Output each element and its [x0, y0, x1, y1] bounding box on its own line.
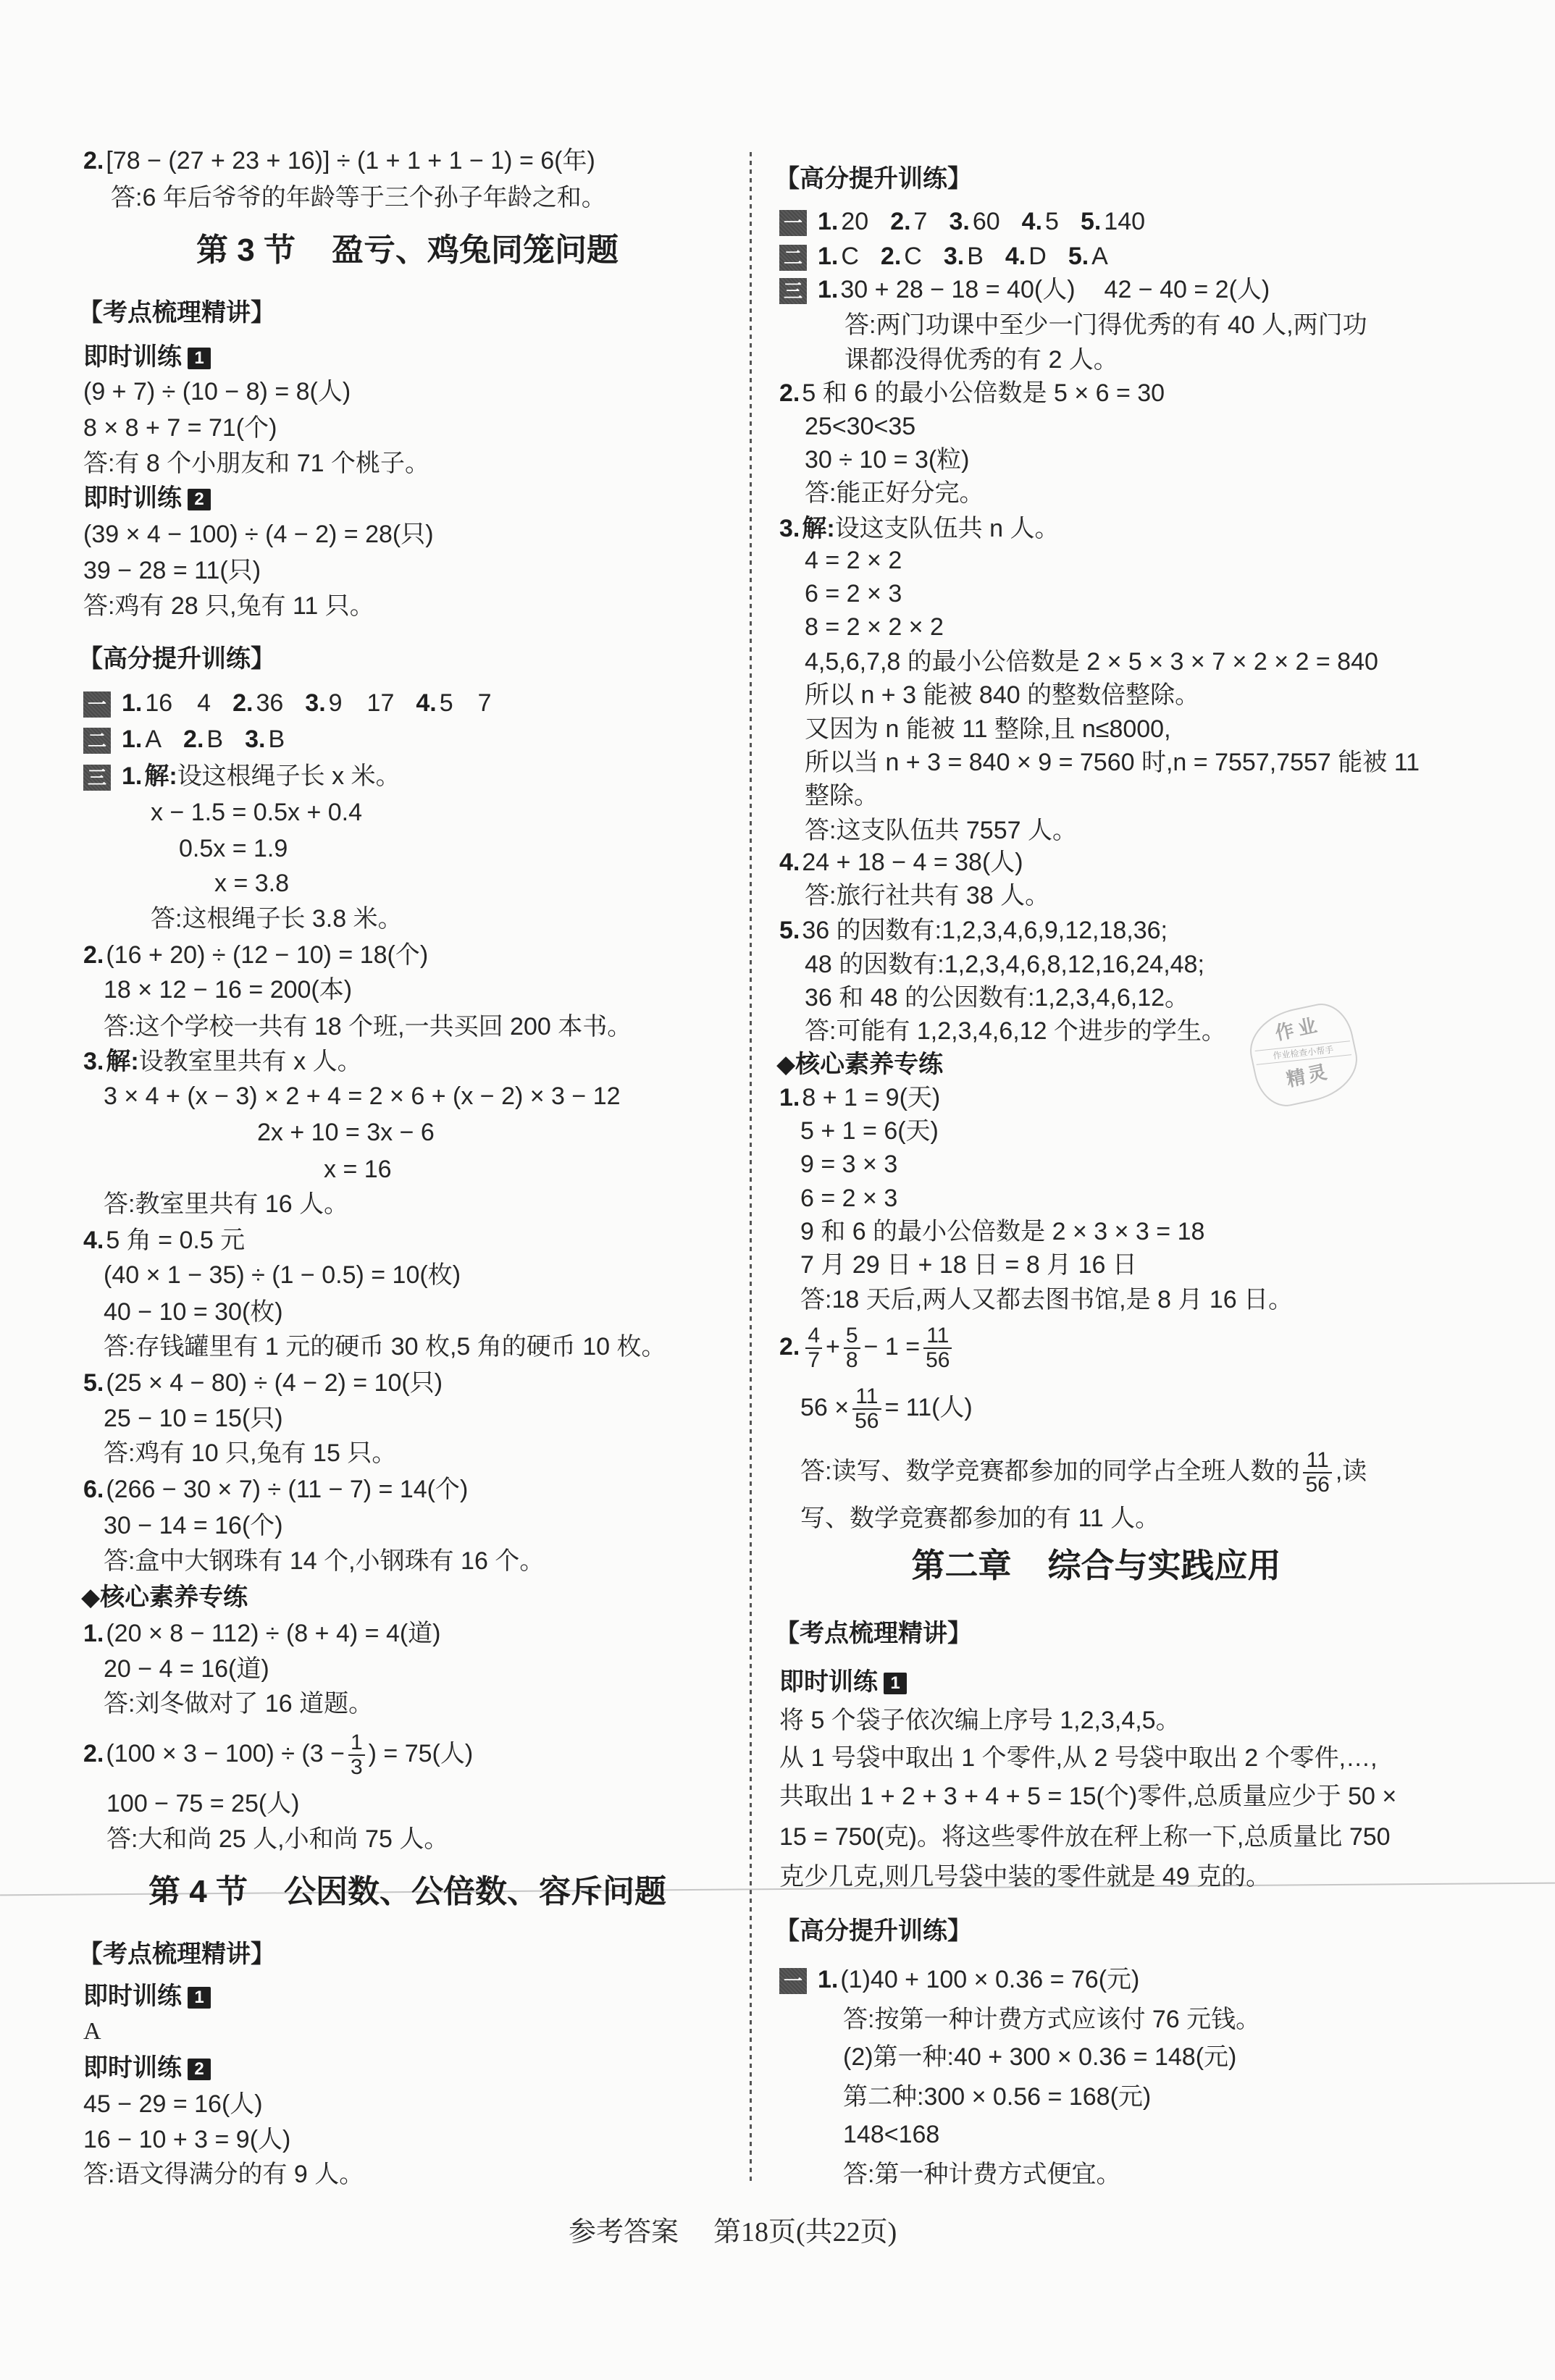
answer-value: C: [904, 243, 922, 270]
answer-line: 答:两门功课中至少一门得优秀的有 40 人,两门功: [844, 311, 1367, 340]
problem-line: 三1.解:设这根绳子长 x 米。: [83, 762, 401, 791]
answer-value: 36: [256, 689, 283, 717]
short-answer: 1.C: [818, 243, 859, 270]
fraction: 13: [348, 1731, 365, 1779]
section-heading-gaofen: 【高分提升训练】: [775, 164, 972, 193]
answer-number: 4.: [1005, 243, 1026, 270]
page-footer: 参考答案第18页(共22页): [569, 2216, 897, 2249]
answer-line: 答:这根绳子长 3.8 米。: [151, 904, 403, 933]
part-badge: 一: [779, 1968, 807, 1994]
short-answer: 2.C: [881, 243, 922, 270]
equation-post: = 11(人): [885, 1394, 973, 1421]
short-answer: 2.7: [890, 208, 927, 235]
drill-number-box: 2: [188, 489, 211, 510]
short-answer: 3.B: [944, 243, 984, 270]
equation-line: 4 = 2 × 2: [805, 546, 902, 575]
equation: 5 角 = 0.5 元: [106, 1227, 245, 1254]
problem-number: 4.: [779, 849, 800, 876]
text-line: 将 5 个袋子依次编上序号 1,2,3,4,5。: [779, 1706, 1181, 1735]
short-answer: 2.36: [232, 689, 283, 717]
answer-number: 5.: [1081, 208, 1101, 235]
problem-number: 1.: [83, 1620, 104, 1647]
answer-line: 答:有 8 个小朋友和 71 个桃子。: [83, 449, 429, 478]
answer-number: 2.: [881, 243, 901, 270]
equation: (25 × 4 − 80) ÷ (4 − 2) = 10(只): [106, 1369, 443, 1397]
problem-number: 1.: [818, 1966, 838, 1993]
problem-number: 2.: [779, 1333, 800, 1361]
equation-line: 48 的因数有:1,2,3,4,6,8,12,16,24,48;: [805, 950, 1204, 979]
answer-number: 2.: [232, 689, 253, 717]
problem-line: 一1.(1)40 + 100 × 0.36 = 76(元): [779, 1965, 1139, 1994]
equation: 8 + 1 = 9(天): [802, 1084, 940, 1111]
fraction: 47: [805, 1324, 822, 1372]
equation: 36 的因数有:1,2,3,4,6,9,12,18,36;: [802, 917, 1168, 944]
drill-label: 即时训练2: [83, 2053, 211, 2082]
answer-value: A: [1091, 243, 1108, 270]
answer-line: A: [83, 2017, 101, 2046]
answer-line: 答:刘冬做对了 16 道题。: [104, 1689, 373, 1718]
footer-label: 参考答案: [569, 2217, 679, 2247]
answer-line: 答:大和尚 25 人,小和尚 75 人。: [106, 1825, 448, 1854]
drill-label-text: 即时训练: [83, 343, 182, 371]
equation-line: 30 − 14 = 16(个): [104, 1511, 283, 1540]
equation-line: 8 = 2 × 2 × 2: [805, 613, 944, 642]
drill-label: 即时训练1: [83, 1982, 211, 2011]
equation-line: 4,5,6,7,8 的最小公倍数是 2 × 5 × 3 × 7 × 2 × 2 …: [805, 647, 1378, 676]
answer-line: 答:18 天后,两人又都去图书馆,是 8 月 16 日。: [800, 1285, 1293, 1314]
answer-line: 答:能正好分完。: [805, 479, 984, 508]
problem-number: 6.: [83, 1476, 104, 1503]
equation-line: 45 − 29 = 16(人): [83, 2090, 263, 2119]
part-badge: 二: [83, 728, 111, 754]
answer-line: 答:盒中大钢珠有 14 个,小钢珠有 16 个。: [104, 1547, 544, 1576]
answer-row-part2: 二1.C2.C3.B4.D5.A: [779, 242, 1130, 271]
problem-number: 4.: [83, 1227, 104, 1254]
answer-number: 4.: [416, 689, 436, 717]
equation-line: 148<168: [843, 2120, 939, 2149]
answer-line: 写、数学竞赛都参加的有 11 人。: [800, 1504, 1160, 1533]
drill-label-text: 即时训练: [83, 1982, 182, 2010]
answer-line: 答:鸡有 28 只,兔有 11 只。: [83, 592, 374, 621]
answer-row-part1: 一1.16 42.363.9 174.5 7: [83, 689, 514, 718]
equation-line: (39 × 4 − 100) ÷ (4 − 2) = 28(只): [83, 520, 434, 549]
section-heading-hexin: ◆核心素养专练: [81, 1583, 248, 1612]
fraction: 1156: [852, 1385, 881, 1433]
answer-line: 答:旅行社共有 38 人。: [805, 881, 1049, 910]
answer-row-part1: 一1.202.73.604.55.140: [779, 207, 1167, 236]
equation-line: 56 ×1156= 11(人): [800, 1393, 973, 1422]
part-badge: 三: [779, 278, 807, 304]
drill-number-box: 1: [884, 1673, 907, 1694]
answer-value: D: [1028, 243, 1047, 270]
drill-label-text: 即时训练: [83, 2054, 182, 2082]
problem-number: 3.: [779, 515, 800, 542]
answer-number: 2.: [183, 726, 204, 753]
watermark-stamp: 作业 作业检查小帮手 精灵: [1243, 998, 1365, 1111]
answer-line: 答:鸡有 10 只,兔有 15 只。: [104, 1439, 396, 1468]
section-heading-hexin: ◆核心素养专练: [776, 1050, 943, 1079]
equation-line: 5 + 1 = 6(天): [800, 1117, 939, 1145]
fraction-numerator: 11: [1303, 1449, 1331, 1473]
solution-setup: 设这支队伍共 n 人。: [835, 515, 1060, 542]
short-answer: 3.B: [245, 726, 285, 753]
equation-line: 第二种:300 × 0.56 = 168(元): [843, 2082, 1151, 2111]
problem-line: 6.(266 − 30 × 7) ÷ (11 − 7) = 14(个): [83, 1475, 468, 1504]
part-badge: 一: [779, 210, 807, 236]
equation-line: 2x + 10 = 3x − 6: [257, 1118, 435, 1147]
solution-label: 解:: [106, 1048, 138, 1075]
equation-line: 25 − 10 = 15(只): [104, 1404, 283, 1433]
section-name: 盈亏、鸡兔同笼问题: [332, 232, 619, 268]
problem-line: 1.(20 × 8 − 112) ÷ (8 + 4) = 4(道): [83, 1619, 441, 1648]
short-answer: 4.5 7: [416, 689, 491, 717]
answer-value: 20: [841, 208, 868, 235]
fraction-denominator: 56: [923, 1349, 952, 1372]
short-answer: 2.B: [183, 726, 223, 753]
part-badge: 二: [779, 245, 807, 271]
equation: (1)40 + 100 × 0.36 = 76(元): [840, 1966, 1139, 1993]
equation-line: x = 16: [324, 1155, 392, 1184]
fraction-numerator: 11: [923, 1324, 952, 1349]
problem-number: 1.: [779, 1084, 800, 1111]
column-divider: [750, 152, 752, 2185]
answer-line: 答:这个学校一共有 18 个班,一共买回 200 本书。: [104, 1012, 632, 1041]
answer-line: 答:第一种计费方式便宜。: [843, 2160, 1120, 2189]
answer-post: ,读: [1336, 1458, 1367, 1485]
answer-value: A: [145, 726, 162, 753]
answer-line: 答:存钱罐里有 1 元的硬币 30 枚,5 角的硬币 10 枚。: [104, 1332, 666, 1361]
answer-value: 9 17: [329, 689, 395, 717]
answer-value: B: [206, 726, 223, 753]
fraction-denominator: 3: [348, 1756, 365, 1779]
equation-line: 所以当 n + 3 = 840 × 9 = 7560 时,n = 7557,75…: [805, 748, 1420, 777]
equation-line: 20 − 4 = 16(道): [104, 1654, 269, 1683]
equation-line: 3 × 4 + (x − 3) × 2 + 4 = 2 × 6 + (x − 2…: [104, 1082, 621, 1111]
answer-value: 7: [914, 208, 928, 235]
problem-line: 4.5 角 = 0.5 元: [83, 1226, 245, 1255]
equation-line: 9 和 6 的最小公倍数是 2 × 3 × 3 = 18: [800, 1217, 1204, 1246]
part-badge: 三: [83, 765, 111, 791]
fraction-numerator: 11: [852, 1385, 881, 1410]
equation: (20 × 8 − 112) ÷ (8 + 4) = 4(道): [106, 1620, 440, 1647]
operator: − 1 =: [864, 1333, 921, 1361]
equation-pre: (100 × 3 − 100) ÷ (3 −: [106, 1740, 345, 1767]
problem-line: 4.24 + 18 − 4 = 38(人): [779, 848, 1023, 877]
equation-line: 16 − 10 + 3 = 9(人): [83, 2125, 290, 2154]
answer-number: 4.: [1022, 208, 1042, 235]
problem-number: 1.: [122, 762, 142, 790]
equation-line: 18 × 12 − 16 = 200(本): [104, 975, 352, 1004]
answer-value: 5: [1045, 208, 1059, 235]
equation-line: (9 + 7) ÷ (10 − 8) = 8(人): [83, 377, 351, 406]
short-answer: 3.9 17: [305, 689, 394, 717]
text-line: 15 = 750(克)。将这些零件放在秤上称一下,总质量比 750: [779, 1822, 1391, 1851]
problem-line: 2.(100 × 3 − 100) ÷ (3 −13) = 75(人): [83, 1739, 473, 1768]
answer-row-part2: 二1.A2.B3.B: [83, 725, 306, 754]
answer-number: 3.: [305, 689, 325, 717]
answer-value: B: [967, 243, 984, 270]
equation: 42 − 40 = 2(人): [1105, 276, 1270, 303]
equation: (266 − 30 × 7) ÷ (11 − 7) = 14(个): [106, 1476, 468, 1503]
equation-pre: 56 ×: [800, 1394, 849, 1421]
drill-label-text: 即时训练: [779, 1668, 878, 1696]
answer-value: 60: [973, 208, 1000, 235]
short-answer: 1.A: [122, 726, 162, 753]
equation: (16 + 20) ÷ (12 − 10) = 18(个): [106, 941, 428, 969]
fraction: 1156: [923, 1324, 952, 1372]
drill-label-text: 即时训练: [83, 484, 182, 512]
answer-line: 答:教室里共有 16 人。: [104, 1190, 348, 1219]
problem-line: 5.(25 × 4 − 80) ÷ (4 − 2) = 10(只): [83, 1368, 443, 1397]
text-line: 共取出 1 + 2 + 3 + 4 + 5 = 15(个)零件,总质量应少于 5…: [779, 1782, 1396, 1811]
section-name: 公因数、公倍数、容斥问题: [284, 1874, 666, 1909]
answer-number: 3.: [949, 208, 969, 235]
problem-number: 2.: [83, 1740, 104, 1767]
problem-number: 1.: [818, 276, 838, 303]
operator: +: [826, 1333, 840, 1361]
problem-line: 3.解:设教室里共有 x 人。: [83, 1047, 362, 1076]
section-heading-kaodian: 【考点梳理精讲】: [78, 1940, 275, 1969]
equation-line: 7 月 29 日 + 18 日 = 8 月 16 日: [800, 1250, 1137, 1279]
short-answer: 5.A: [1068, 243, 1108, 270]
equation-line: 25<30<35: [805, 412, 915, 441]
solution-label: 解:: [144, 762, 177, 790]
equation-line: 0.5x = 1.9: [179, 834, 288, 863]
equation-line: 6 = 2 × 3: [800, 1184, 897, 1213]
section-number: 第 3 节: [196, 232, 296, 268]
section-heading-kaodian: 【考点梳理精讲】: [775, 1619, 972, 1648]
short-answer: 3.60: [949, 208, 999, 235]
equation-line: 30 ÷ 10 = 3(粒): [805, 445, 970, 474]
short-answer: 1.20: [818, 208, 868, 235]
answer-number: 2.: [890, 208, 910, 235]
equation-line: 整除。: [805, 781, 879, 810]
answer-key-page: 2.[78 − (27 + 23 + 16)] ÷ (1 + 1 + 1 − 1…: [0, 0, 1555, 2380]
text-line: 从 1 号袋中取出 1 个零件,从 2 号袋中取出 2 个零件,…,: [779, 1744, 1378, 1773]
answer-value: 140: [1104, 208, 1145, 235]
problem-number: 3.: [83, 1048, 104, 1075]
fraction: 58: [844, 1324, 860, 1372]
answer-value: 5 7: [440, 689, 492, 717]
chapter-title: 第二章综合与实践应用: [772, 1545, 1420, 1586]
answer-value: C: [841, 243, 859, 270]
equation-line: 39 − 28 = 11(只): [83, 556, 261, 585]
section-title: 第 4 节公因数、公倍数、容斥问题: [83, 1872, 732, 1912]
equation-line: 又因为 n 能被 11 整除,且 n≤8000,: [805, 715, 1171, 744]
short-answer: 5.140: [1081, 208, 1145, 235]
solution-setup: 设这根绳子长 x 米。: [177, 762, 401, 790]
problem-line: 2.(16 + 20) ÷ (12 − 10) = 18(个): [83, 941, 428, 970]
answer-number: 1.: [122, 726, 142, 753]
problem-number: 5.: [779, 917, 800, 944]
fraction-denominator: 56: [1303, 1473, 1331, 1497]
problem-line: 2.47+58− 1 =1156: [779, 1332, 955, 1361]
problem-number: 2.: [779, 379, 800, 407]
drill-label: 即时训练1: [779, 1668, 907, 1696]
short-answer: 4.5: [1022, 208, 1059, 235]
problem-number: 2.: [83, 147, 104, 174]
equation-line: 100 − 75 = 25(人): [106, 1789, 300, 1818]
equation-line: 40 − 10 = 30(枚): [104, 1298, 283, 1326]
drill-label: 即时训练2: [83, 484, 211, 513]
equation-line: x − 1.5 = 0.5x + 0.4: [151, 798, 362, 827]
drill-number-box: 2: [188, 2059, 211, 2080]
problem-line: 三1.30 + 28 − 18 = 40(人)42 − 40 = 2(人): [779, 275, 1270, 304]
answer-pre: 答:读写、数学竞赛都参加的同学占全班人数的: [800, 1458, 1299, 1485]
answer-number: 1.: [122, 689, 142, 717]
page-number: 第18页(共22页): [713, 2217, 897, 2247]
section-heading-gaofen: 【高分提升训练】: [78, 644, 275, 673]
problem-number: 2.: [83, 941, 104, 969]
problem-line: 3.解:设这支队伍共 n 人。: [779, 514, 1060, 543]
equation-line: 所以 n + 3 能被 840 的整数倍整除。: [805, 681, 1199, 710]
problem-line: 2.5 和 6 的最小公倍数是 5 × 6 = 30: [779, 379, 1165, 408]
answer-value: B: [268, 726, 285, 753]
solution-label: 解:: [802, 515, 834, 542]
equation-line: 9 = 3 × 3: [800, 1150, 897, 1179]
equation: 24 + 18 − 4 = 38(人): [802, 849, 1023, 876]
fraction-numerator: 5: [844, 1324, 860, 1349]
drill-number-box: 1: [188, 348, 211, 369]
problem-line: 2.[78 − (27 + 23 + 16)] ÷ (1 + 1 + 1 − 1…: [83, 146, 595, 175]
equation-line: 6 = 2 × 3: [805, 579, 902, 608]
fraction: 1156: [1303, 1449, 1331, 1497]
short-answer: 4.D: [1005, 243, 1047, 270]
fraction-denominator: 8: [844, 1349, 860, 1372]
answer-number: 5.: [1068, 243, 1089, 270]
fraction-denominator: 56: [852, 1410, 881, 1433]
drill-number-box: 1: [188, 1987, 211, 2009]
drill-label: 即时训练1: [83, 342, 211, 371]
answer-line: 答:6 年后爷爷的年龄等于三个孙子年龄之和。: [111, 183, 606, 212]
answer-line: 答:这支队伍共 7557 人。: [805, 816, 1077, 845]
equation: [78 − (27 + 23 + 16)] ÷ (1 + 1 + 1 − 1) …: [106, 147, 595, 174]
solution-setup: 设教室里共有 x 人。: [139, 1048, 362, 1075]
part-badge: 一: [83, 691, 111, 718]
answer-number: 1.: [818, 208, 838, 235]
section-number: 第 4 节: [148, 1874, 248, 1909]
chapter-name: 综合与实践应用: [1048, 1547, 1281, 1584]
problem-number: 5.: [83, 1369, 104, 1397]
equation: 5 和 6 的最小公倍数是 5 × 6 = 30: [802, 379, 1165, 407]
section-title: 第 3 节盈亏、鸡兔同笼问题: [83, 230, 732, 271]
fraction-denominator: 7: [805, 1349, 822, 1372]
equation-line: 8 × 8 + 7 = 71(个): [83, 413, 277, 442]
equation-line: x = 3.8: [214, 869, 289, 898]
short-answer: 1.16 4: [122, 689, 211, 717]
answer-line: 答:读写、数学竞赛都参加的同学占全班人数的1156,读: [800, 1457, 1367, 1486]
answer-number: 1.: [818, 243, 838, 270]
equation-line: (2)第一种:40 + 300 × 0.36 = 148(元): [843, 2043, 1236, 2072]
section-heading-gaofen: 【高分提升训练】: [775, 1917, 972, 1946]
answer-number: 3.: [245, 726, 265, 753]
fraction-numerator: 4: [805, 1324, 822, 1349]
chapter-number: 第二章: [912, 1547, 1012, 1584]
text-line: 克少几克,则几号袋中装的零件就是 49 克的。: [779, 1862, 1270, 1891]
answer-line: 答:语文得满分的有 9 人。: [83, 2160, 364, 2189]
section-heading-kaodian: 【考点梳理精讲】: [78, 298, 275, 327]
fraction-numerator: 1: [348, 1731, 365, 1756]
answer-line: 答:可能有 1,2,3,4,6,12 个进步的学生。: [805, 1017, 1226, 1046]
equation-line: (40 × 1 − 35) ÷ (1 − 0.5) = 10(枚): [104, 1261, 461, 1290]
equation-line: 36 和 48 的公因数有:1,2,3,4,6,12。: [805, 983, 1189, 1012]
problem-line: 5.36 的因数有:1,2,3,4,6,9,12,18,36;: [779, 916, 1168, 945]
equation-post: ) = 75(人): [369, 1740, 474, 1767]
answer-value: 16 4: [145, 689, 211, 717]
answer-line: 答:按第一种计费方式应该付 76 元钱。: [843, 2005, 1260, 2034]
problem-line: 1.8 + 1 = 9(天): [779, 1083, 940, 1112]
answer-line: 课都没得优秀的有 2 人。: [844, 345, 1118, 374]
equation: 30 + 28 − 18 = 40(人): [840, 276, 1075, 303]
answer-number: 3.: [944, 243, 964, 270]
